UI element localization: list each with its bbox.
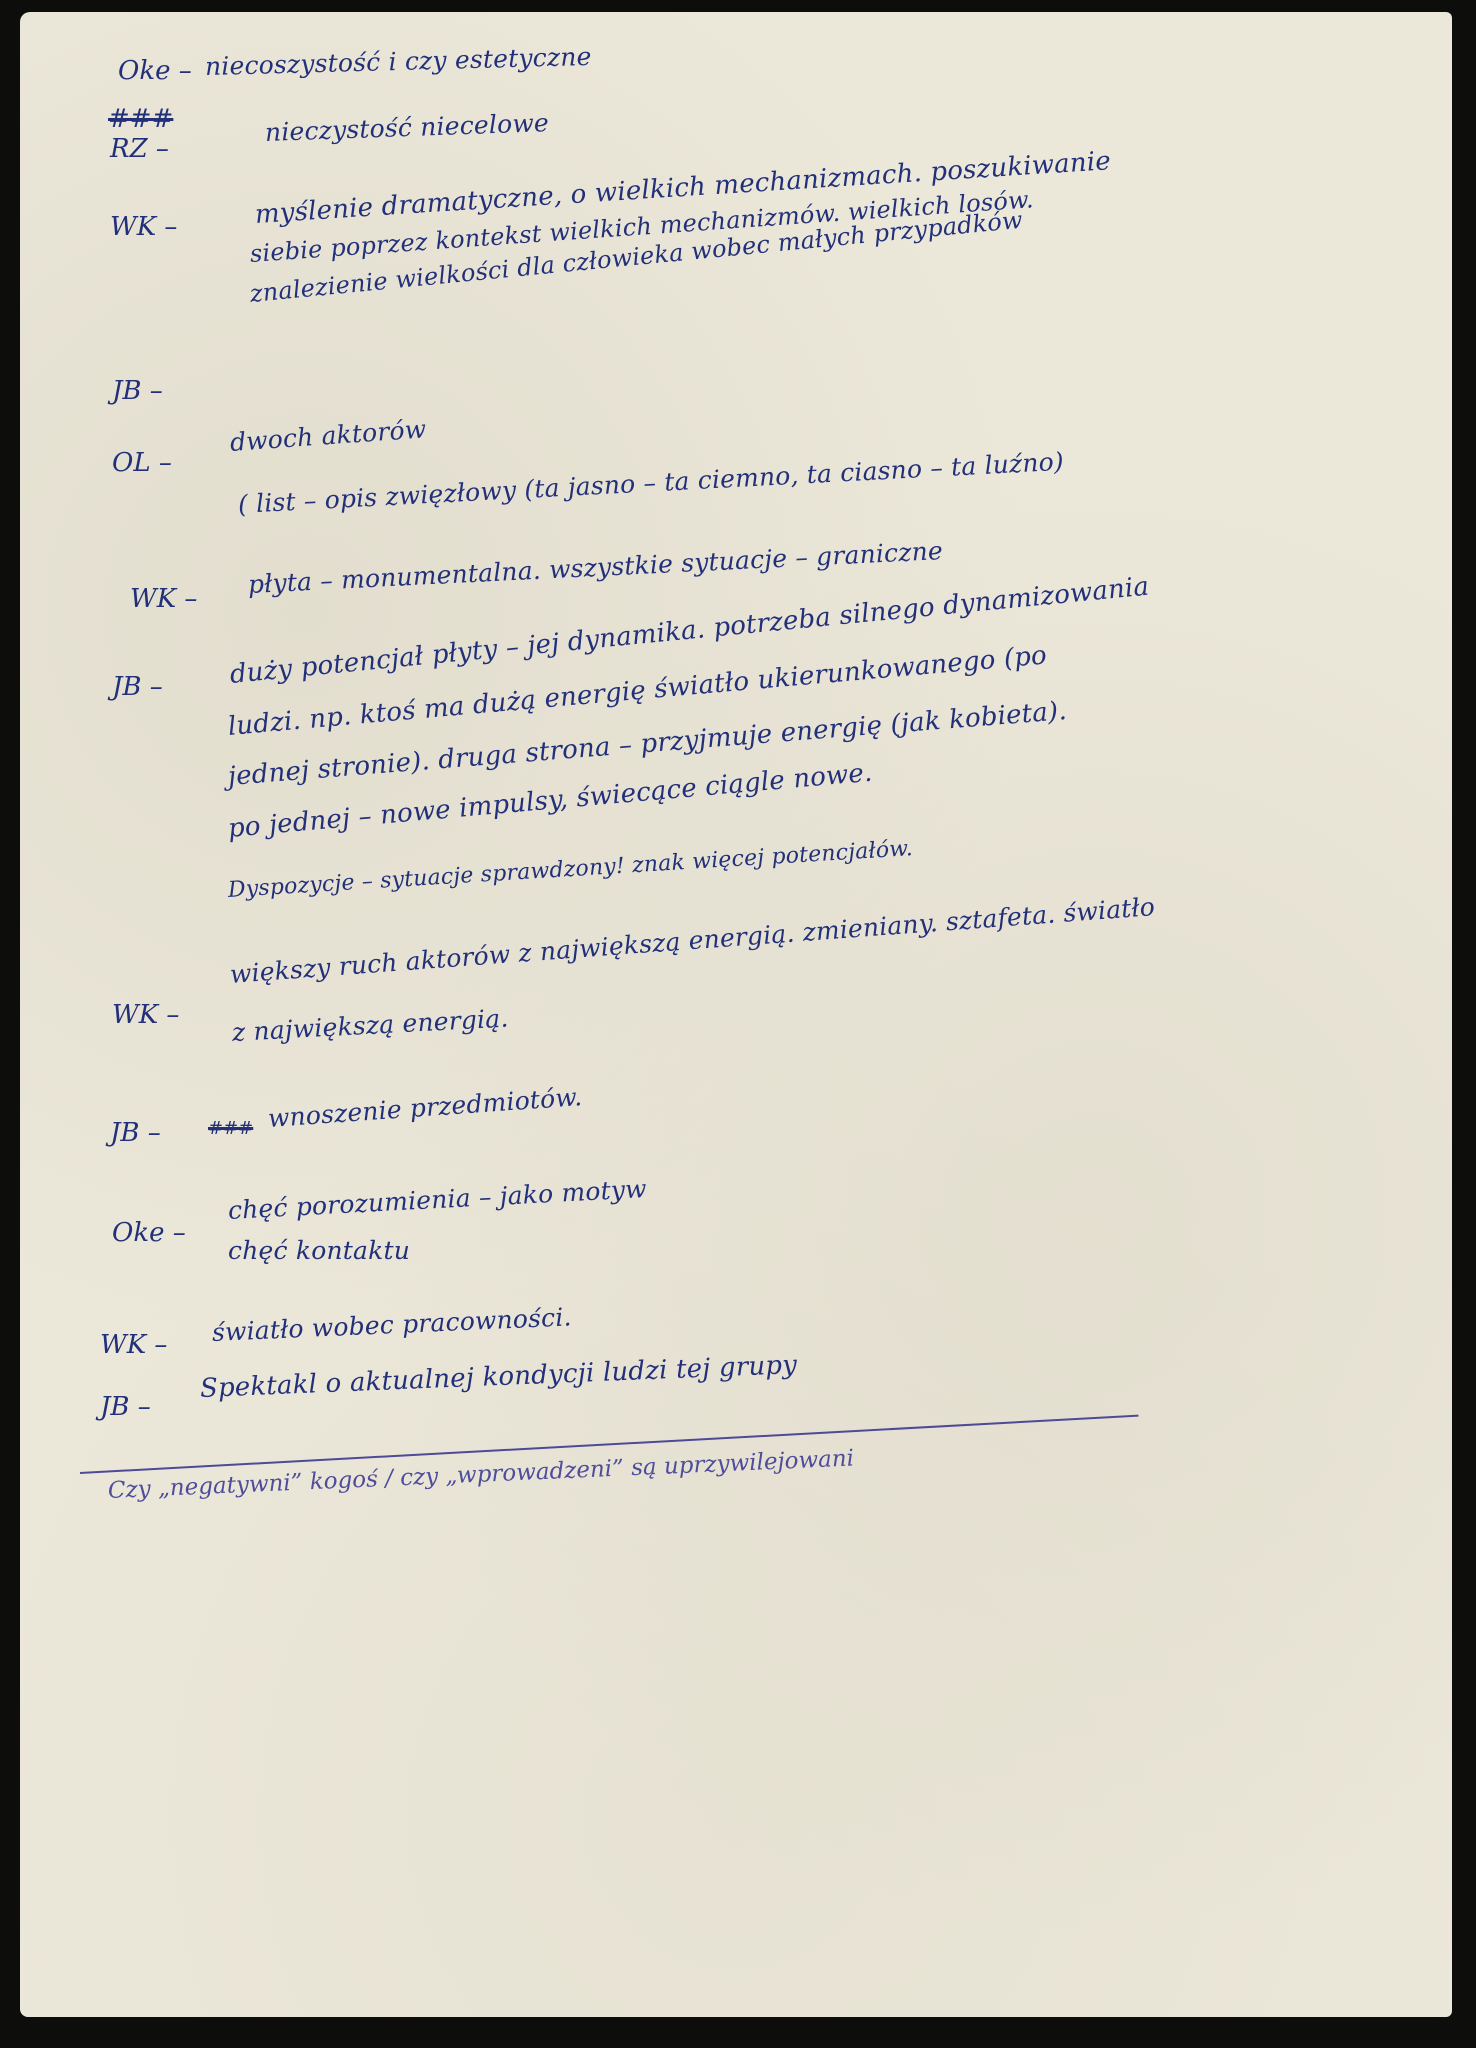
speaker-label: WK – xyxy=(110,212,177,242)
speaker-label: JB – xyxy=(112,376,163,406)
speaker-label: JB – xyxy=(112,672,163,702)
speaker-label: Oke – xyxy=(118,56,192,86)
speaker-label: RZ – xyxy=(110,134,169,164)
speaker-label: WK – xyxy=(100,1330,167,1360)
speaker-label: WK – xyxy=(112,1000,179,1030)
paper-sheet xyxy=(20,12,1452,2017)
speaker-label: Oke – xyxy=(112,1218,186,1248)
speaker-label: JB – xyxy=(100,1392,151,1422)
speaker-label: OL – xyxy=(112,448,172,478)
crossed-out-text: ### xyxy=(208,1118,253,1139)
speaker-label: WK – xyxy=(130,584,197,614)
crossed-out-text: ### xyxy=(108,104,173,134)
note-line: chęć kontaktu xyxy=(228,1236,410,1265)
speaker-label: JB – xyxy=(110,1118,161,1148)
